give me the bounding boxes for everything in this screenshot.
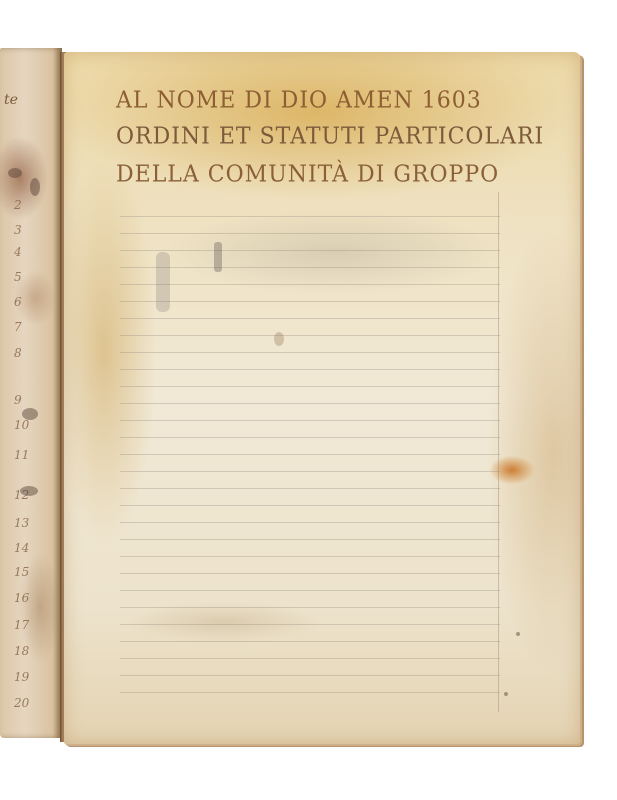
ink-dot — [516, 632, 520, 636]
heading-line-2: ORDINI ET STATUTI PARTICOLARI — [116, 123, 544, 149]
smudge — [156, 252, 170, 312]
line-number: 14 — [14, 541, 29, 555]
ink-stain — [22, 408, 38, 420]
line-number: 9 — [14, 393, 22, 407]
left-page-header-fragment: te — [4, 92, 18, 108]
line-number: 4 — [14, 245, 22, 259]
line-number: 10 — [14, 418, 29, 432]
heading-line-3: DELLA COMUNITÀ DI GROPPO — [116, 161, 499, 187]
ink-stain — [274, 332, 284, 346]
heading-line-1: AL NOME DI DIO AMEN 1603 — [116, 87, 482, 113]
line-number: 7 — [14, 320, 22, 334]
line-number: 17 — [14, 618, 29, 632]
line-number: 16 — [14, 591, 29, 605]
line-number: 20 — [14, 696, 29, 710]
line-number: 5 — [14, 270, 22, 284]
ink-stain — [8, 168, 22, 178]
left-page: te 2 3 4 5 6 7 8 9 10 11 12 13 14 15 16 … — [0, 48, 62, 738]
ink-stain — [20, 486, 38, 496]
line-number: 19 — [14, 670, 29, 684]
right-page: AL NOME DI DIO AMEN 1603 ORDINI ET STATU… — [64, 52, 580, 744]
ink-stain — [214, 242, 222, 272]
line-number: 3 — [14, 223, 22, 237]
line-number: 18 — [14, 644, 29, 658]
line-number: 6 — [14, 295, 22, 309]
ink-dot — [504, 692, 508, 696]
line-number: 15 — [14, 565, 29, 579]
line-number: 13 — [14, 516, 29, 530]
ink-stain — [30, 178, 40, 196]
margin-line — [498, 192, 499, 712]
line-number: 2 — [14, 198, 22, 212]
ruled-lines — [120, 200, 500, 700]
line-number: 11 — [14, 448, 29, 462]
line-number: 8 — [14, 346, 22, 360]
